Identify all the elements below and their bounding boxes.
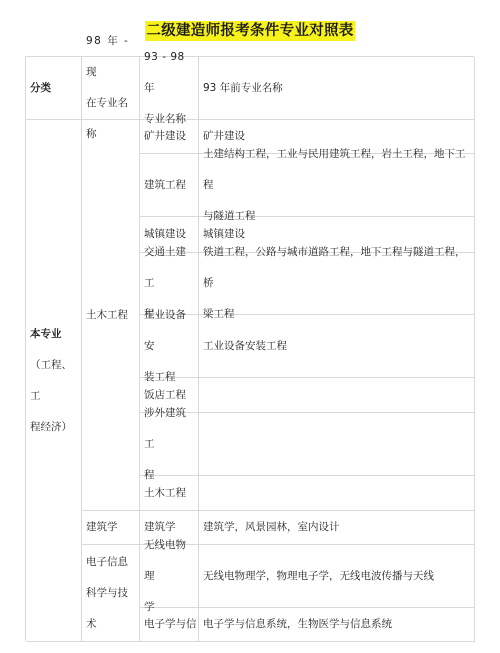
header-current-name-line1: 98 年 - 现 <box>86 26 135 88</box>
category-line3: 程经济） <box>30 412 77 443</box>
old-name-line1: 土建结构工程，工业与民用建筑工程，岩土工程，地下工程 <box>203 139 470 201</box>
mid-name-line1: 交通土建工 <box>144 237 194 299</box>
page-title: 二级建造师报考条件专业对照表 <box>145 21 354 41</box>
title-wrap: 二级建造师报考条件专业对照表 <box>0 20 500 41</box>
table-row-mid: 建筑工程 <box>140 154 199 217</box>
header-old-name: 93 年前专业名称 <box>199 57 475 120</box>
table-row-old: 铁道工程，公路与城市道路工程，地下工程与隧道工程，桥梁工程 <box>199 253 475 315</box>
current-name-electronics-line2: 科学与技术 <box>86 578 135 640</box>
table-row-old: 无线电物理学，物理电子学，无线电波传播与天线 <box>199 545 475 608</box>
mid-name-line1: 无线电物理 <box>144 530 194 592</box>
table-row-mid: 涉外建筑工程 <box>140 413 199 476</box>
major-comparison-table: 分类 98 年 - 现在专业名称 93 - 98 年专业名称 93 年前专业名称… <box>25 56 474 641</box>
table-row-mid: 工业设备安装工程 <box>140 315 199 378</box>
table-row-old <box>199 378 475 413</box>
current-name-electronics: 电子信息科学与技术 <box>82 545 140 642</box>
header-current-name: 98 年 - 现在专业名称 <box>82 57 140 120</box>
mid-name: 建筑工程 <box>144 170 186 201</box>
current-name-civil: 土木工程 <box>82 120 140 511</box>
category-line1: 本专业 <box>30 319 77 350</box>
table-row-old <box>199 413 475 476</box>
table-row-old <box>199 476 475 511</box>
old-name-line1: 铁道工程，公路与城市道路工程，地下工程与隧道工程，桥 <box>203 237 470 299</box>
header-old-name-label: 93 年前专业名称 <box>203 73 283 104</box>
mid-name: 土木工程 <box>144 478 186 509</box>
current-name-architecture: 建筑学 <box>82 511 140 545</box>
old-name: 无线电物理学，物理电子学，无线电波传播与天线 <box>203 561 434 592</box>
table-row-old: 建筑学，风景园林，室内设计 <box>199 511 475 545</box>
table-row-mid: 土木工程 <box>140 476 199 511</box>
header-mid-name: 93 - 98 年专业名称 <box>140 57 199 120</box>
header-mid-name-line1: 93 - 98 年 <box>144 42 194 104</box>
category-cell: 本专业（工程、工程经济） <box>26 120 82 642</box>
mid-name-line1: 工业设备安 <box>144 300 194 362</box>
table-row-mid: 矿井建设 <box>140 120 199 154</box>
table-row-mid: 无线电物理学 <box>140 545 199 608</box>
table-row-mid: 电子学与信 <box>140 608 199 642</box>
header-category-label: 分类 <box>30 73 51 104</box>
current-name-civil-label: 土木工程 <box>86 300 128 331</box>
old-name: 工业设备安装工程 <box>203 331 287 362</box>
mid-name: 电子学与信 <box>144 609 197 640</box>
old-name: 建筑学，风景园林，室内设计 <box>203 512 340 543</box>
current-name-electronics-line1: 电子信息 <box>86 547 135 578</box>
table-row-old: 电子学与信息系统，生物医学与信息系统 <box>199 608 475 642</box>
old-name: 电子学与信息系统，生物医学与信息系统 <box>203 609 392 640</box>
mid-name-line1: 涉外建筑工 <box>144 398 194 460</box>
mid-name: 矿井建设 <box>144 121 186 152</box>
table-row-old: 工业设备安装工程 <box>199 315 475 378</box>
category-line2: （工程、工 <box>30 350 77 412</box>
current-name-architecture-label: 建筑学 <box>86 512 118 543</box>
header-category: 分类 <box>26 57 82 120</box>
table-row-old: 土建结构工程，工业与民用建筑工程，岩土工程，地下工程与隧道工程 <box>199 154 475 217</box>
